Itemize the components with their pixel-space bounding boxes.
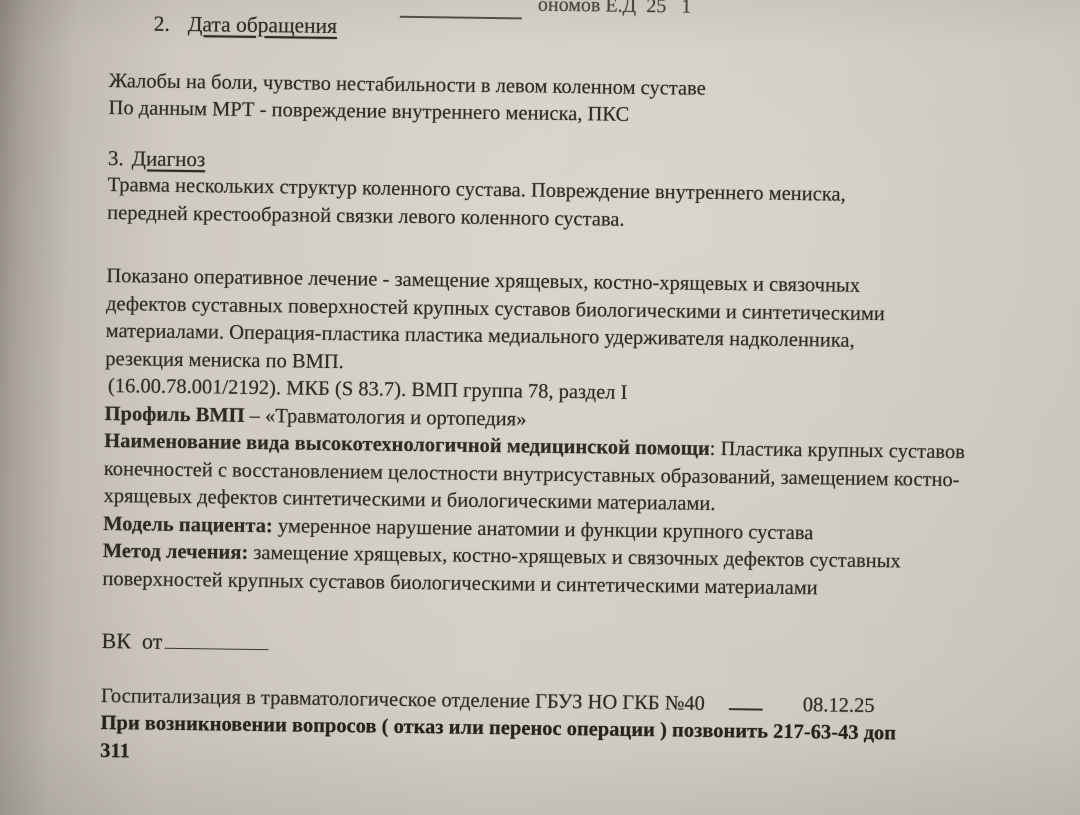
section-2-number: 2. [154, 12, 170, 36]
signature-line [400, 0, 522, 19]
diagnosis-paragraph: Травма нескольких структур коленного сус… [107, 172, 1018, 239]
clipped-name-fragment: ономов Е.Д 25 1 [538, 0, 692, 21]
warning-paragraph: При возникновении вопросов ( отказ или п… [100, 710, 1011, 777]
vmp-name-label: Наименование вида высокотехнологичной ме… [104, 430, 710, 460]
patient-model-value: умеренное нарушение анатомии и функции к… [273, 515, 814, 544]
document-text: ономов Е.Д 25 1 2.Дата обращения Жалобы … [100, 2, 1020, 777]
vk-date-line: ВК от [101, 627, 1011, 666]
vmp-profile-label: Профиль ВМП [104, 402, 244, 426]
patient-model-label: Модель пациента: [103, 512, 273, 536]
vk-blank-line [164, 630, 268, 650]
section-3-title: Диагноз [132, 146, 206, 171]
section-2-title: Дата обращения [188, 12, 338, 38]
treatment-paragraph: Показано оперативное лечение - замещение… [105, 263, 1016, 385]
document-photo: ономов Е.Д 25 1 2.Дата обращения Жалобы … [0, 0, 1080, 815]
hospitalization-blank [729, 694, 763, 710]
vmp-name-paragraph: Наименование вида высокотехнологичной ме… [103, 428, 1014, 522]
vmp-profile-value: – «Травматология и ортопедия» [244, 404, 526, 430]
vk-prefix: ВК от [101, 628, 162, 654]
complaints-paragraph: Жалобы на боли, чувство нестабильности в… [108, 67, 1019, 134]
method-paragraph: Метод лечения: замещение хрящевых, костн… [102, 538, 1013, 605]
section-3-number: 3. [108, 145, 124, 169]
method-label: Метод лечения: [103, 540, 249, 564]
hospitalization-text: Госпитализация в травматологическое отде… [101, 684, 705, 714]
hospitalization-date: 08.12.25 [803, 694, 875, 717]
